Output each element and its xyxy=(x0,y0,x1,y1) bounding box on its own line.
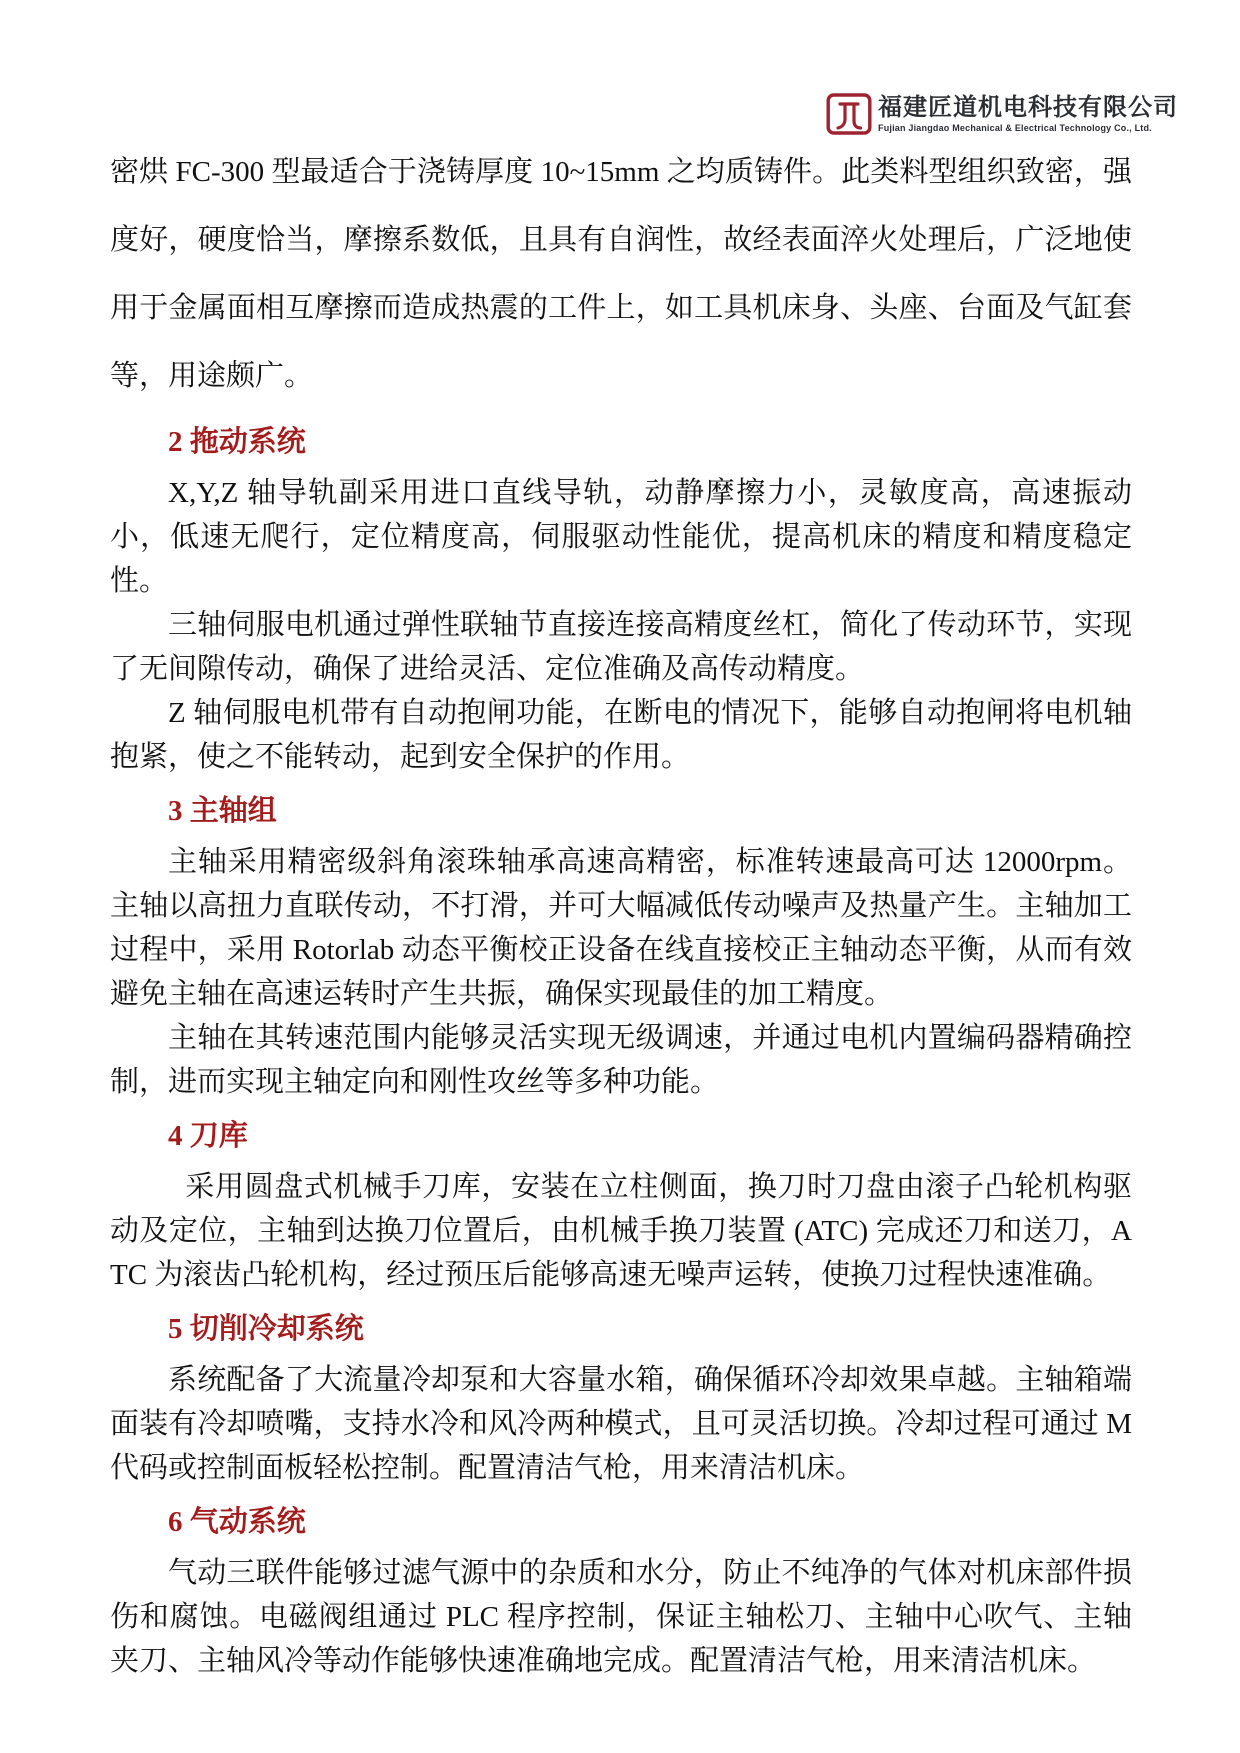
paragraph-z-axis-brake: Z 轴伺服电机带有自动抱闸功能，在断电的情况下，能够自动抱闸将电机轴抱紧，使之不… xyxy=(110,691,1132,779)
paragraph-guide-rails: X,Y,Z 轴导轨副采用进口直线导轨，动静摩擦力小，灵敏度高，高速振动小，低速无… xyxy=(110,471,1132,603)
paragraph-material-properties: 密烘 FC-300 型最适合于浇铸厚度 10~15mm 之均质铸件。此类料型组织… xyxy=(110,138,1132,410)
company-tagline: Fujian Jiangdao Mechanical & Electrical … xyxy=(878,123,1178,133)
jiangdao-mark-icon xyxy=(826,92,872,136)
company-logo-text: 福建匠道机电科技有限公司 Fujian Jiangdao Mechanical … xyxy=(878,95,1178,132)
company-logo: 福建匠道机电科技有限公司 Fujian Jiangdao Mechanical … xyxy=(826,92,1178,136)
company-name: 福建匠道机电科技有限公司 xyxy=(878,95,1178,120)
page: { "logo": { "icon": "jiangdao-mark-icon"… xyxy=(0,0,1240,1753)
section-heading-spindle-group: 3 主轴组 xyxy=(110,789,1132,834)
section-heading-cutting-coolant-system: 5 切削冷却系统 xyxy=(110,1307,1132,1352)
paragraph-servo-coupling: 三轴伺服电机通过弹性联轴节直接连接高精度丝杠，简化了传动环节，实现了无间隙传动，… xyxy=(110,603,1132,691)
paragraph-spindle-speed-control: 主轴在其转速范围内能够灵活实现无级调速，并通过电机内置编码器精确控制，进而实现主… xyxy=(110,1016,1132,1104)
section-heading-drive-system: 2 拖动系统 xyxy=(110,420,1132,465)
paragraph-spindle-bearings: 主轴采用精密级斜角滚珠轴承高速高精密，标准转速最高可达 12000rpm。主轴以… xyxy=(110,840,1132,1016)
document-body: 密烘 FC-300 型最适合于浇铸厚度 10~15mm 之均质铸件。此类料型组织… xyxy=(110,138,1132,1683)
section-heading-tool-magazine: 4 刀库 xyxy=(110,1114,1132,1159)
section-heading-pneumatic-system: 6 气动系统 xyxy=(110,1500,1132,1545)
paragraph-coolant-system: 系统配备了大流量冷却泵和大容量水箱，确保循环冷却效果卓越。主轴箱端面装有冷却喷嘴… xyxy=(110,1358,1132,1490)
paragraph-pneumatic-system: 气动三联件能够过滤气源中的杂质和水分，防止不纯净的气体对机床部件损伤和腐蚀。电磁… xyxy=(110,1551,1132,1683)
paragraph-tool-magazine: 采用圆盘式机械手刀库，安装在立柱侧面，换刀时刀盘由滚子凸轮机构驱动及定位，主轴到… xyxy=(110,1165,1132,1297)
